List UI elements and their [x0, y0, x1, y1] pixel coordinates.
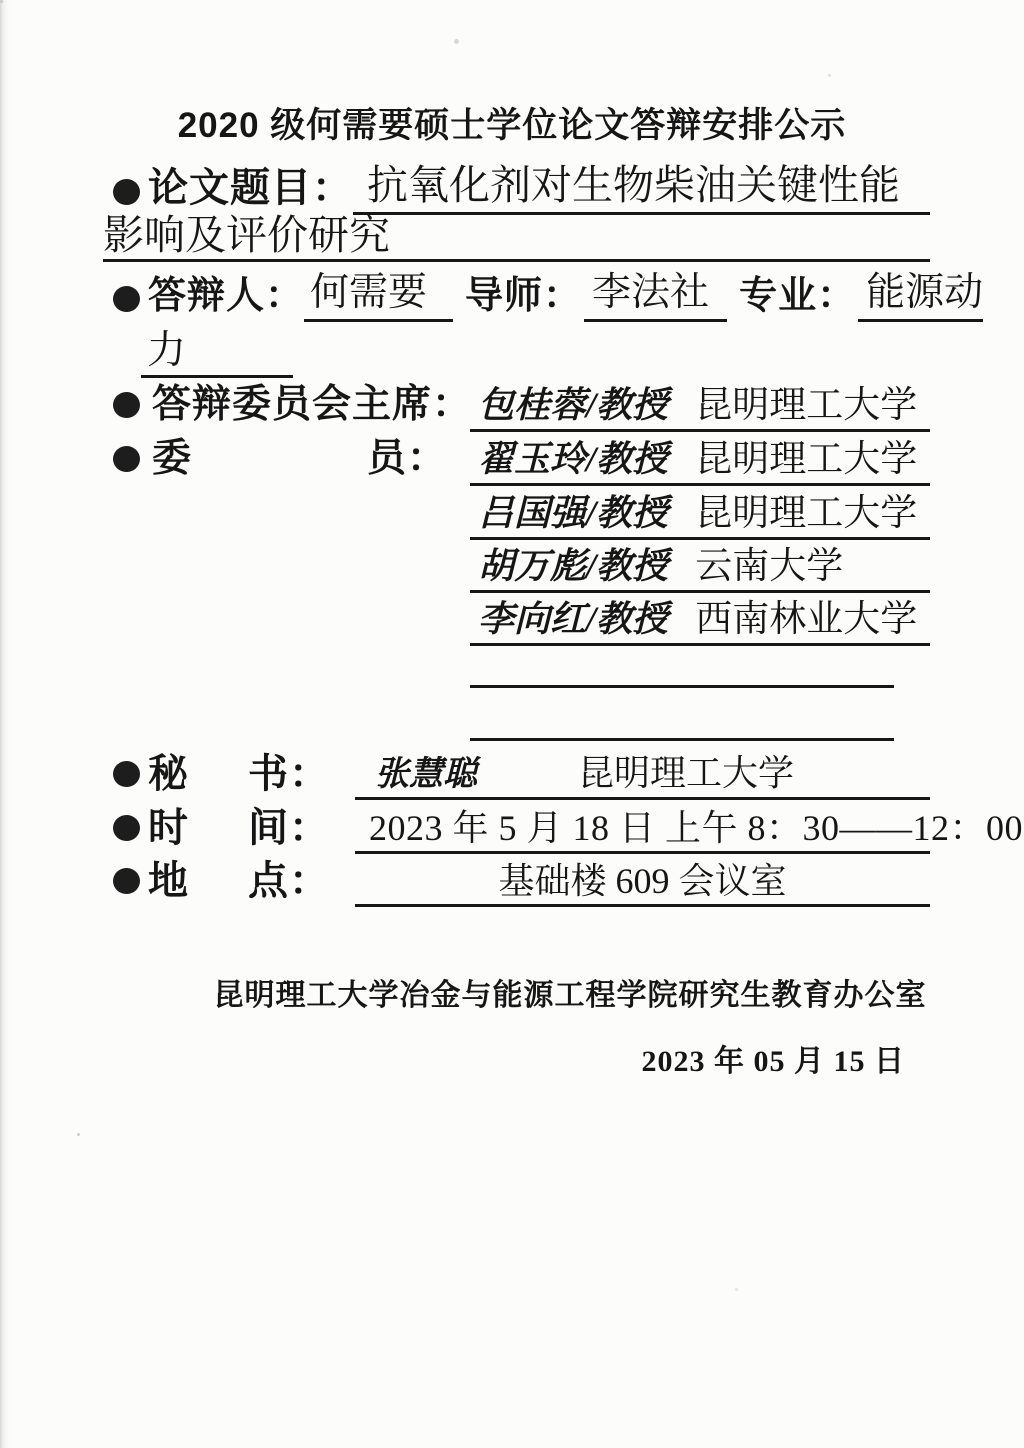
chair-label: 答辩委员会主席： [152, 380, 472, 429]
chair-value: 包桂蓉/教授 昆明理工大学 [470, 382, 930, 432]
committee-member-row: 胡万彪/教授 云南大学 [103, 541, 930, 593]
major-value-line2: 力 [141, 326, 293, 378]
chair-name: 包桂蓉/教授 [478, 385, 668, 425]
bullet-icon [113, 761, 140, 787]
time-row: 时 间： 2023 年 5 月 18 日 上午 8：30——12：00 [103, 806, 930, 854]
member-name: 吕国强/教授 [478, 493, 668, 533]
blank-signature-line [470, 711, 894, 741]
member-affiliation: 云南大学 [695, 546, 843, 587]
committee-label-left: 委 [152, 434, 192, 483]
time-label: 时 间： [148, 804, 330, 852]
committee-label-right: 员： [367, 434, 447, 483]
place-label-left: 地 [148, 857, 189, 905]
blank-signature-line [470, 658, 894, 688]
issue-date: 2023 年 05 月 15 日 [642, 1044, 906, 1080]
secretary-label-wrap: 秘 书： [113, 750, 330, 798]
committee-member-row: 李向红/教授 西南林业大学 [103, 594, 930, 646]
committee-member-value: 李向红/教授 西南林业大学 [470, 596, 930, 646]
member-name: 李向红/教授 [478, 599, 668, 639]
bullet-icon [113, 446, 140, 472]
secretary-value: 张慧聪 昆明理工大学 [355, 751, 930, 800]
thesis-title-value-line2: 影响及评价研究 [103, 210, 930, 262]
member-name: 翟玉玲/教授 [478, 439, 668, 479]
committee-member-value: 吕国强/教授 昆明理工大学 [470, 490, 930, 540]
major-label: 专业： [739, 270, 856, 322]
place-label-right: 点： [248, 857, 330, 905]
secretary-row: 秘 书： 张慧聪 昆明理工大学 [103, 752, 930, 800]
bullet-icon [113, 179, 140, 205]
defender-value: 何需要 [304, 267, 453, 322]
committee-member-row: 委 员： 翟玉玲/教授 昆明理工大学 [103, 434, 930, 486]
major-value-line1: 能源动 [858, 267, 983, 322]
chair-affiliation: 昆明理工大学 [695, 385, 917, 426]
secretary-name: 张慧聪 [375, 756, 477, 793]
secretary-affiliation: 昆明理工大学 [578, 753, 794, 793]
thesis-title-value-line1: 抗氧化剂对生物柴油关键性能 [353, 158, 930, 215]
secretary-label: 秘 书： [148, 750, 330, 798]
member-affiliation: 西南林业大学 [695, 599, 917, 640]
bullet-icon [113, 286, 140, 312]
major-wrap-row: 力 [103, 326, 930, 378]
issuing-office: 昆明理工大学冶金与能源工程学院研究生教育办公室 [116, 978, 1024, 1014]
place-value: 基础楼 609 会议室 [355, 859, 930, 907]
bullet-icon [113, 868, 140, 894]
place-label: 地 点： [148, 857, 330, 905]
defender-row: 答辩人： 何需要 导师： 李法社 专业： 能源动 [103, 268, 930, 322]
bullet-icon [113, 815, 140, 841]
secretary-label-right: 书： [248, 750, 330, 798]
time-label-right: 间： [248, 804, 330, 852]
member-name: 胡万彪/教授 [478, 546, 668, 586]
scanned-notice-page: 2020 级何需要硕士学位论文答辩安排公示 论文题目： 抗氧化剂对生物柴油关键性… [0, 0, 1024, 1448]
committee-member-value: 胡万彪/教授 云南大学 [470, 543, 930, 593]
committee-member-value: 翟玉玲/教授 昆明理工大学 [470, 436, 930, 486]
time-label-wrap: 时 间： [113, 804, 330, 852]
committee-label: 委 员： [152, 434, 447, 483]
place-row: 地 点： 基础楼 609 会议室 [103, 859, 930, 907]
time-value: 2023 年 5 月 18 日 上午 8：30——12：00 [355, 806, 930, 854]
chair-label-wrap: 答辩委员会主席： [113, 380, 472, 429]
secretary-label-left: 秘 [148, 750, 189, 798]
advisor-value: 李法社 [584, 267, 727, 322]
thesis-title-label: 论文题目： [148, 161, 353, 215]
committee-member-row: 吕国强/教授 昆明理工大学 [103, 488, 930, 540]
committee-label-wrap: 委 员： [113, 434, 447, 483]
member-affiliation: 昆明理工大学 [695, 439, 917, 480]
page-title: 2020 级何需要硕士学位论文答辩安排公示 [0, 102, 1024, 150]
defender-label: 答辩人： [148, 270, 304, 322]
place-label-wrap: 地 点： [113, 857, 330, 905]
thesis-title-row: 论文题目： 抗氧化剂对生物柴油关键性能 [103, 158, 930, 215]
member-affiliation: 昆明理工大学 [695, 493, 917, 534]
advisor-label: 导师： [465, 270, 582, 322]
chair-row: 答辩委员会主席： 包桂蓉/教授 昆明理工大学 [103, 380, 930, 432]
time-label-left: 时 [148, 804, 189, 852]
bullet-icon [113, 392, 140, 418]
